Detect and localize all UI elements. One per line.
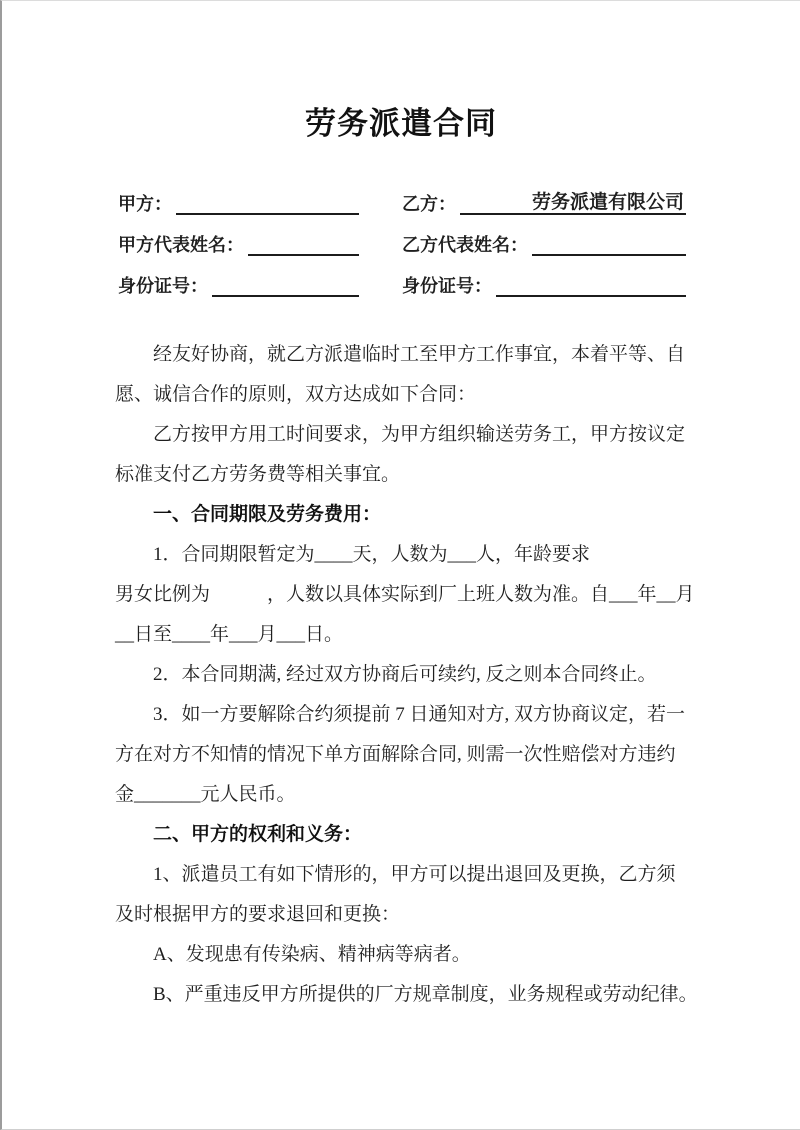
party-fields: 甲方： 乙方： 劳务派遣有限公司 甲方代表姓名： 乙方代表姓名： 身份证号： [118, 193, 686, 316]
contract-page: 劳务派遣合同 甲方： 乙方： 劳务派遣有限公司 甲方代表姓名： 乙方代表姓名： [0, 0, 800, 1130]
party-a-label: 甲方： [118, 193, 172, 215]
contract-line: 乙方按甲方用工时间要求，为甲方组织输送劳务工，甲方按议定 [115, 415, 695, 455]
representative-row: 甲方代表姓名： 乙方代表姓名： [118, 234, 686, 256]
party-a-field: 甲方： [118, 193, 359, 215]
party-b-rep-field: 乙方代表姓名： [402, 234, 686, 256]
party-b-field: 乙方： 劳务派遣有限公司 [402, 193, 686, 215]
party-b-rep-blank [532, 233, 686, 256]
party-b-id-blank [496, 274, 686, 297]
contract-line: 经友好协商，就乙方派遣临时工至甲方工作事宜，本着平等、自 [115, 335, 695, 375]
party-b-rep-label: 乙方代表姓名： [402, 234, 528, 256]
section-heading-2: 二、甲方的权利和义务： [115, 815, 695, 855]
party-a-blank [176, 192, 359, 215]
party-a-rep-blank [248, 233, 359, 256]
contract-line: 3．如一方要解除合约须提前 7 日通知对方, 双方协商议定，若一 [115, 695, 695, 735]
contract-line: __日至____年___月___日。 [115, 615, 695, 655]
party-b-id-label: 身份证号： [402, 275, 492, 297]
party-b-id-field: 身份证号： [402, 275, 686, 297]
contract-line: 方在对方不知情的情况下单方面解除合同, 则需一次性赔偿对方违约 [115, 735, 695, 775]
contract-line: 2．本合同期满, 经过双方协商后可续约, 反之则本合同终止。 [115, 655, 695, 695]
contract-line: 愿、诚信合作的原则，双方达成如下合同： [115, 375, 695, 415]
party-a-id-label: 身份证号： [118, 275, 208, 297]
party-b-label: 乙方： [402, 193, 456, 215]
party-a-id-field: 身份证号： [118, 275, 359, 297]
id-number-row: 身份证号： 身份证号： [118, 275, 686, 297]
contract-line: 1．合同期限暂定为____天，人数为___人，年龄要求 [115, 535, 695, 575]
party-b-blank: 劳务派遣有限公司 [460, 192, 686, 215]
party-a-rep-field: 甲方代表姓名： [118, 234, 359, 256]
contract-line: B、严重违反甲方所提供的厂方规章制度，业务规程或劳动纪律。 [115, 975, 695, 1015]
contract-line: 金_______元人民币。 [115, 775, 695, 815]
party-row: 甲方： 乙方： 劳务派遣有限公司 [118, 193, 686, 215]
contract-line: 男女比例为 ，人数以具体实际到厂上班人数为准。自___年__月 [115, 575, 695, 615]
contract-line: 及时根据甲方的要求退回和更换： [115, 895, 695, 935]
section-heading-1: 一、合同期限及劳务费用： [115, 495, 695, 535]
document-title: 劳务派遣合同 [2, 98, 800, 143]
contract-line: A、发现患有传染病、精神病等病者。 [115, 935, 695, 975]
party-a-id-blank [212, 274, 359, 297]
party-a-rep-label: 甲方代表姓名： [118, 234, 244, 256]
contract-line: 标准支付乙方劳务费等相关事宜。 [115, 455, 695, 495]
contract-body: 经友好协商，就乙方派遣临时工至甲方工作事宜，本着平等、自 愿、诚信合作的原则，双… [115, 335, 695, 1015]
contract-line: 1、派遣员工有如下情形的，甲方可以提出退回及更换，乙方须 [115, 855, 695, 895]
